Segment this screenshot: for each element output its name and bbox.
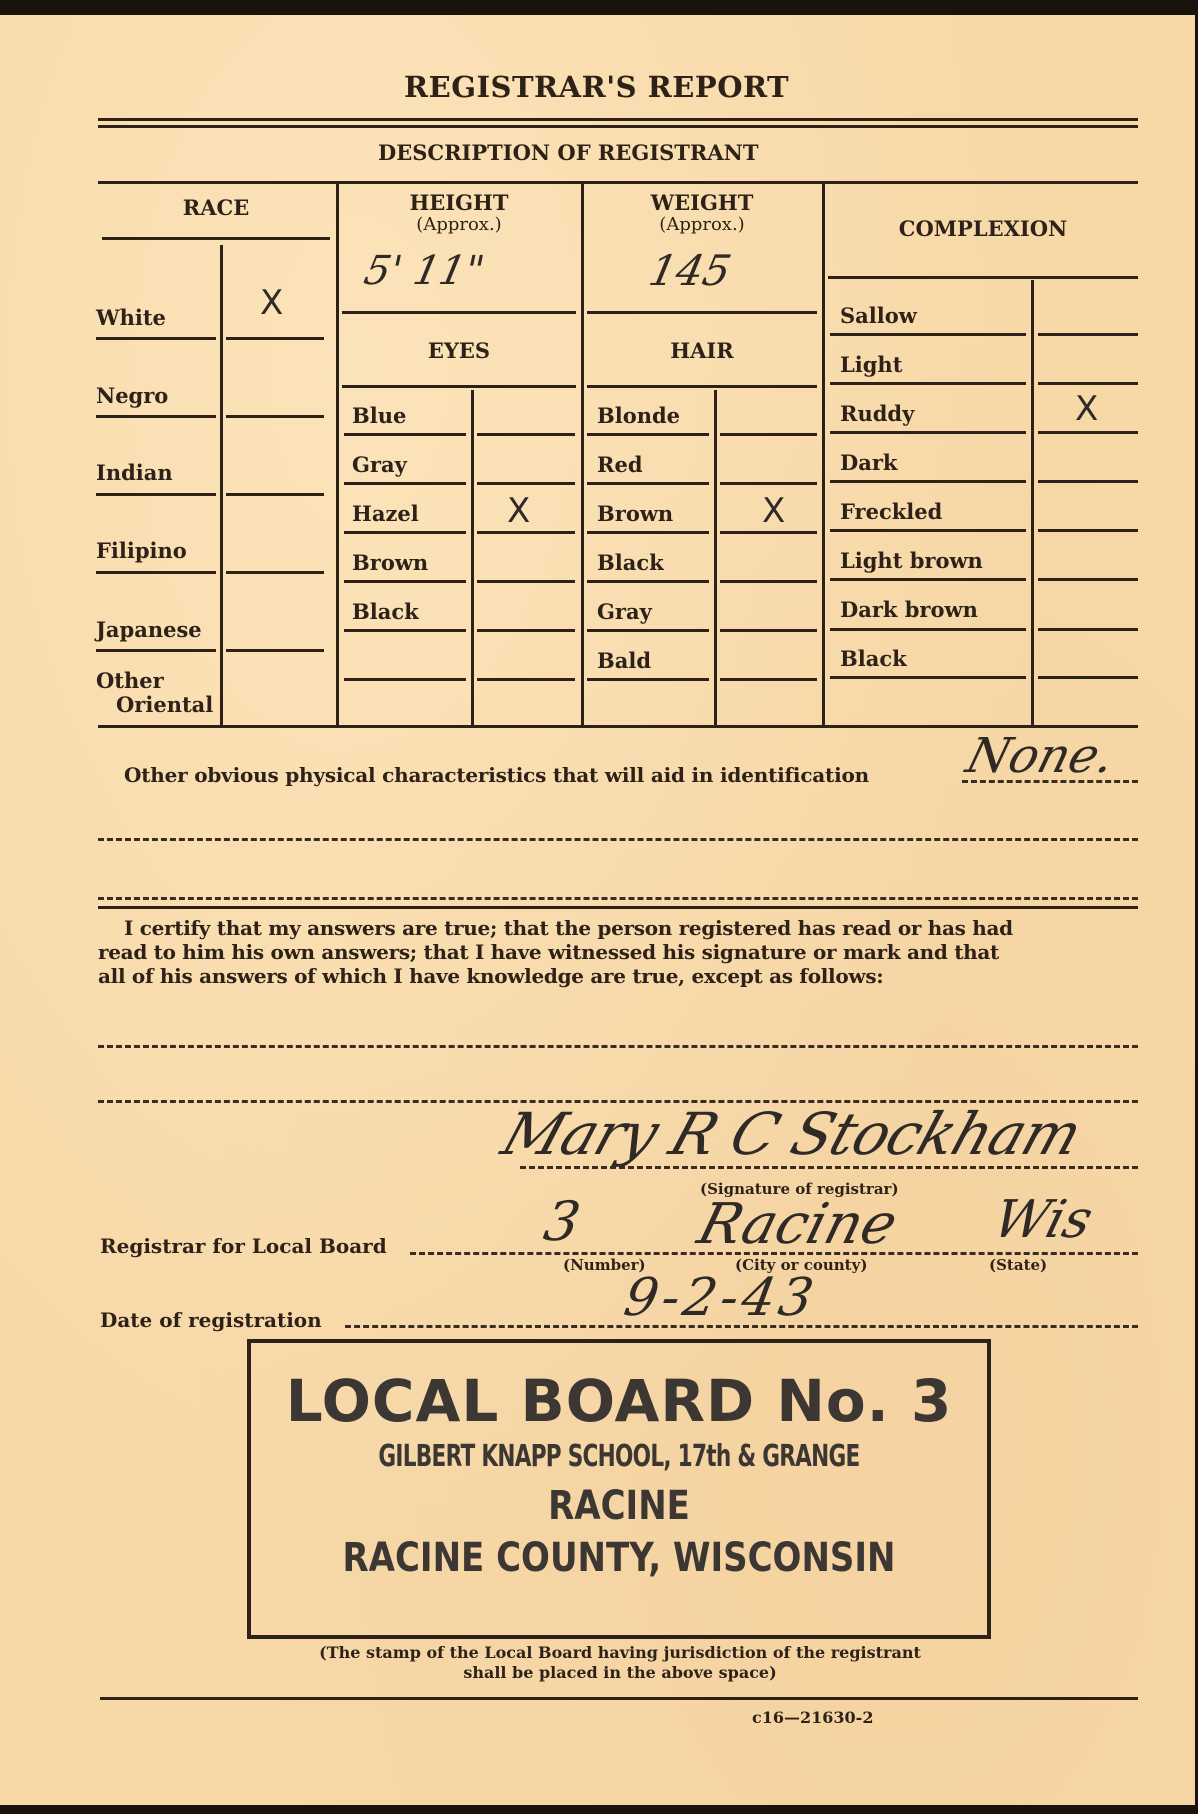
hair-check-divider (714, 390, 717, 726)
eyes-label-hazel: Hazel (352, 501, 419, 526)
complexion-check-rule (1038, 529, 1138, 532)
height-header-rule (342, 311, 576, 314)
race-header-rule (102, 237, 330, 240)
weight-header-label: WEIGHT (651, 190, 754, 215)
complexion-label-ruddy: Ruddy (840, 401, 914, 426)
complexion-label-sallow: Sallow (840, 303, 917, 328)
race-label-filipino: Filipino (96, 538, 187, 563)
title-double-rule-bottom (98, 125, 1138, 128)
weight-header-rule (587, 311, 817, 314)
form-title: REGISTRAR'S REPORT (404, 70, 789, 104)
eyes-row-rule (344, 433, 466, 436)
other-characteristics-label: Other obvious physical characteristics t… (124, 763, 869, 787)
hair-check-rule (720, 580, 817, 583)
hair-header: HAIR (587, 340, 817, 362)
eyes-row-rule (344, 629, 466, 632)
certification-text: I certify that my answers are true; that… (98, 916, 1140, 988)
certification-line-2: read to him his own answers; that I have… (98, 940, 1140, 964)
race-header: RACE (102, 197, 330, 219)
eyes-row-rule (344, 482, 466, 485)
other-characteristics-value[interactable]: None. (960, 728, 1120, 784)
local-board-stamp-box: LOCAL BOARD No. 3 GILBERT KNAPP SCHOOL, … (247, 1339, 991, 1639)
eyes-check-divider (471, 390, 474, 726)
eyes-header-rule (342, 385, 576, 388)
complexion-check-ruddy[interactable]: X (1075, 392, 1098, 426)
complexion-check-rule (1038, 431, 1138, 434)
blank-line-2 (98, 897, 1138, 900)
race-label-other-oriental-line1: Other (96, 668, 164, 693)
eyes-header: EYES (342, 340, 576, 362)
complexion-header: COMPLEXION (828, 218, 1138, 240)
race-label-negro: Negro (96, 383, 168, 408)
race-check-rule (226, 337, 324, 340)
race-row-rule (96, 493, 216, 496)
hair-row-rule (587, 433, 709, 436)
race-row-rule (96, 571, 216, 574)
race-check-rule (226, 571, 324, 574)
eyes-check-rule (477, 629, 575, 632)
race-label-white: White (96, 305, 166, 330)
complexion-label-light: Light (840, 352, 902, 377)
race-check-rule (226, 649, 324, 652)
title-double-rule-top (98, 118, 1138, 121)
eyes-row-rule (344, 531, 466, 534)
complexion-check-divider (1031, 280, 1034, 726)
complexion-label-black: Black (840, 646, 907, 671)
eyes-check-rule (477, 531, 575, 534)
section-divider (98, 906, 1138, 909)
race-row-rule (96, 415, 216, 418)
complexion-label-light-brown: Light brown (840, 548, 983, 573)
stamp-line-3: RACINE (306, 1483, 932, 1529)
local-board-city[interactable]: Racine (691, 1192, 904, 1257)
height-header-sub: (Approx.) (342, 214, 576, 236)
registration-date-value[interactable]: 9-2-43 (620, 1268, 822, 1328)
hair-check-brown[interactable]: X (762, 494, 785, 528)
complexion-check-rule (1038, 382, 1138, 385)
table-top-rule (98, 181, 1138, 184)
race-check-rule (226, 493, 324, 496)
hair-label-gray: Gray (597, 599, 652, 624)
exceptions-line-1 (98, 1045, 1138, 1048)
complexion-row-rule (830, 529, 1026, 532)
hair-row-rule (587, 629, 709, 632)
hair-check-rule (720, 629, 817, 632)
complexion-row-rule (830, 676, 1026, 679)
hair-label-bald: Bald (597, 648, 651, 673)
hair-row-rule (587, 678, 709, 681)
complexion-check-rule (1038, 628, 1138, 631)
certification-line-3: all of his answers of which I have knowl… (98, 964, 1140, 988)
local-board-label: Registrar for Local Board (100, 1234, 387, 1258)
race-check-divider (220, 245, 223, 725)
hair-check-rule (720, 482, 817, 485)
registrar-signature[interactable]: Mary R C Stockham (494, 1100, 1089, 1168)
complexion-check-rule (1038, 333, 1138, 336)
hair-header-rule (587, 385, 817, 388)
hair-label-black: Black (597, 550, 664, 575)
complexion-row-rule (830, 480, 1026, 483)
footer-rule (100, 1697, 1138, 1700)
hair-row-rule (587, 580, 709, 583)
hair-label-blonde: Blonde (597, 403, 680, 428)
eyes-label-brown: Brown (352, 550, 428, 575)
complexion-label-dark: Dark (840, 450, 897, 475)
weight-value[interactable]: 145 (645, 246, 736, 295)
stamp-caption-line-1: (The stamp of the Local Board having jur… (248, 1643, 992, 1662)
weight-header: WEIGHT (Approx.) (587, 192, 817, 236)
stamp-caption-line-2: shall be placed in the above space) (248, 1663, 992, 1682)
complexion-label-dark-brown: Dark brown (840, 597, 978, 622)
race-label-japanese: Japanese (96, 617, 202, 642)
complexion-row-rule (830, 382, 1026, 385)
eyes-row-rule (344, 580, 466, 583)
hair-row-rule (587, 482, 709, 485)
complexion-label-freckled: Freckled (840, 499, 942, 524)
local-board-state[interactable]: Wis (987, 1190, 1099, 1250)
eyes-check-rule (477, 482, 575, 485)
eyes-row-rule (344, 678, 466, 681)
hair-check-rule (720, 678, 817, 681)
complexion-check-rule (1038, 480, 1138, 483)
stamp-line-4: RACINE COUNTY, WISCONSIN (306, 1535, 932, 1581)
weight-header-sub: (Approx.) (587, 214, 817, 236)
race-label-other-oriental-line2: Oriental (116, 692, 213, 717)
eyes-check-rule (477, 580, 575, 583)
local-board-state-caption: (State) (989, 1256, 1047, 1274)
height-value[interactable]: 5' 11" (360, 248, 488, 294)
hair-label-brown: Brown (597, 501, 673, 526)
stamp-line-2: GILBERT KNAPP SCHOOL, 17th & GRANGE (354, 1439, 884, 1474)
eyes-label-black: Black (352, 599, 419, 624)
complexion-row-rule (830, 578, 1026, 581)
eyes-label-gray: Gray (352, 452, 407, 477)
eyes-check-rule (477, 433, 575, 436)
eyes-check-hazel[interactable]: X (507, 494, 530, 528)
certification-line-1: I certify that my answers are true; that… (98, 916, 1140, 940)
section-title: DESCRIPTION OF REGISTRANT (378, 140, 759, 165)
race-check-white[interactable]: X (260, 286, 283, 320)
height-header: HEIGHT (Approx.) (342, 192, 576, 236)
signature-line (520, 1166, 1138, 1169)
race-label-indian: Indian (96, 460, 173, 485)
complexion-check-rule (1038, 578, 1138, 581)
blank-line-1 (98, 838, 1138, 841)
complexion-row-rule (830, 333, 1026, 336)
hair-row-rule (587, 531, 709, 534)
eyes-label-blue: Blue (352, 403, 406, 428)
height-weight-divider (581, 183, 584, 726)
height-header-label: HEIGHT (409, 190, 508, 215)
complexion-row-rule (830, 628, 1026, 631)
form-number: c16—21630-2 (752, 1708, 873, 1727)
registration-date-label: Date of registration (100, 1308, 322, 1332)
stamp-line-1: LOCAL BOARD No. 3 (251, 1367, 987, 1435)
complexion-header-rule (828, 276, 1138, 279)
complexion-row-rule (830, 431, 1026, 434)
race-row-rule (96, 337, 216, 340)
hair-label-red: Red (597, 452, 643, 477)
complexion-check-rule (1038, 676, 1138, 679)
race-row-rule (96, 649, 216, 652)
race-check-rule (226, 415, 324, 418)
race-height-divider (336, 183, 339, 726)
eyes-check-rule (477, 678, 575, 681)
weight-complexion-divider (822, 183, 825, 726)
hair-check-rule (720, 531, 817, 534)
hair-check-rule (720, 433, 817, 436)
